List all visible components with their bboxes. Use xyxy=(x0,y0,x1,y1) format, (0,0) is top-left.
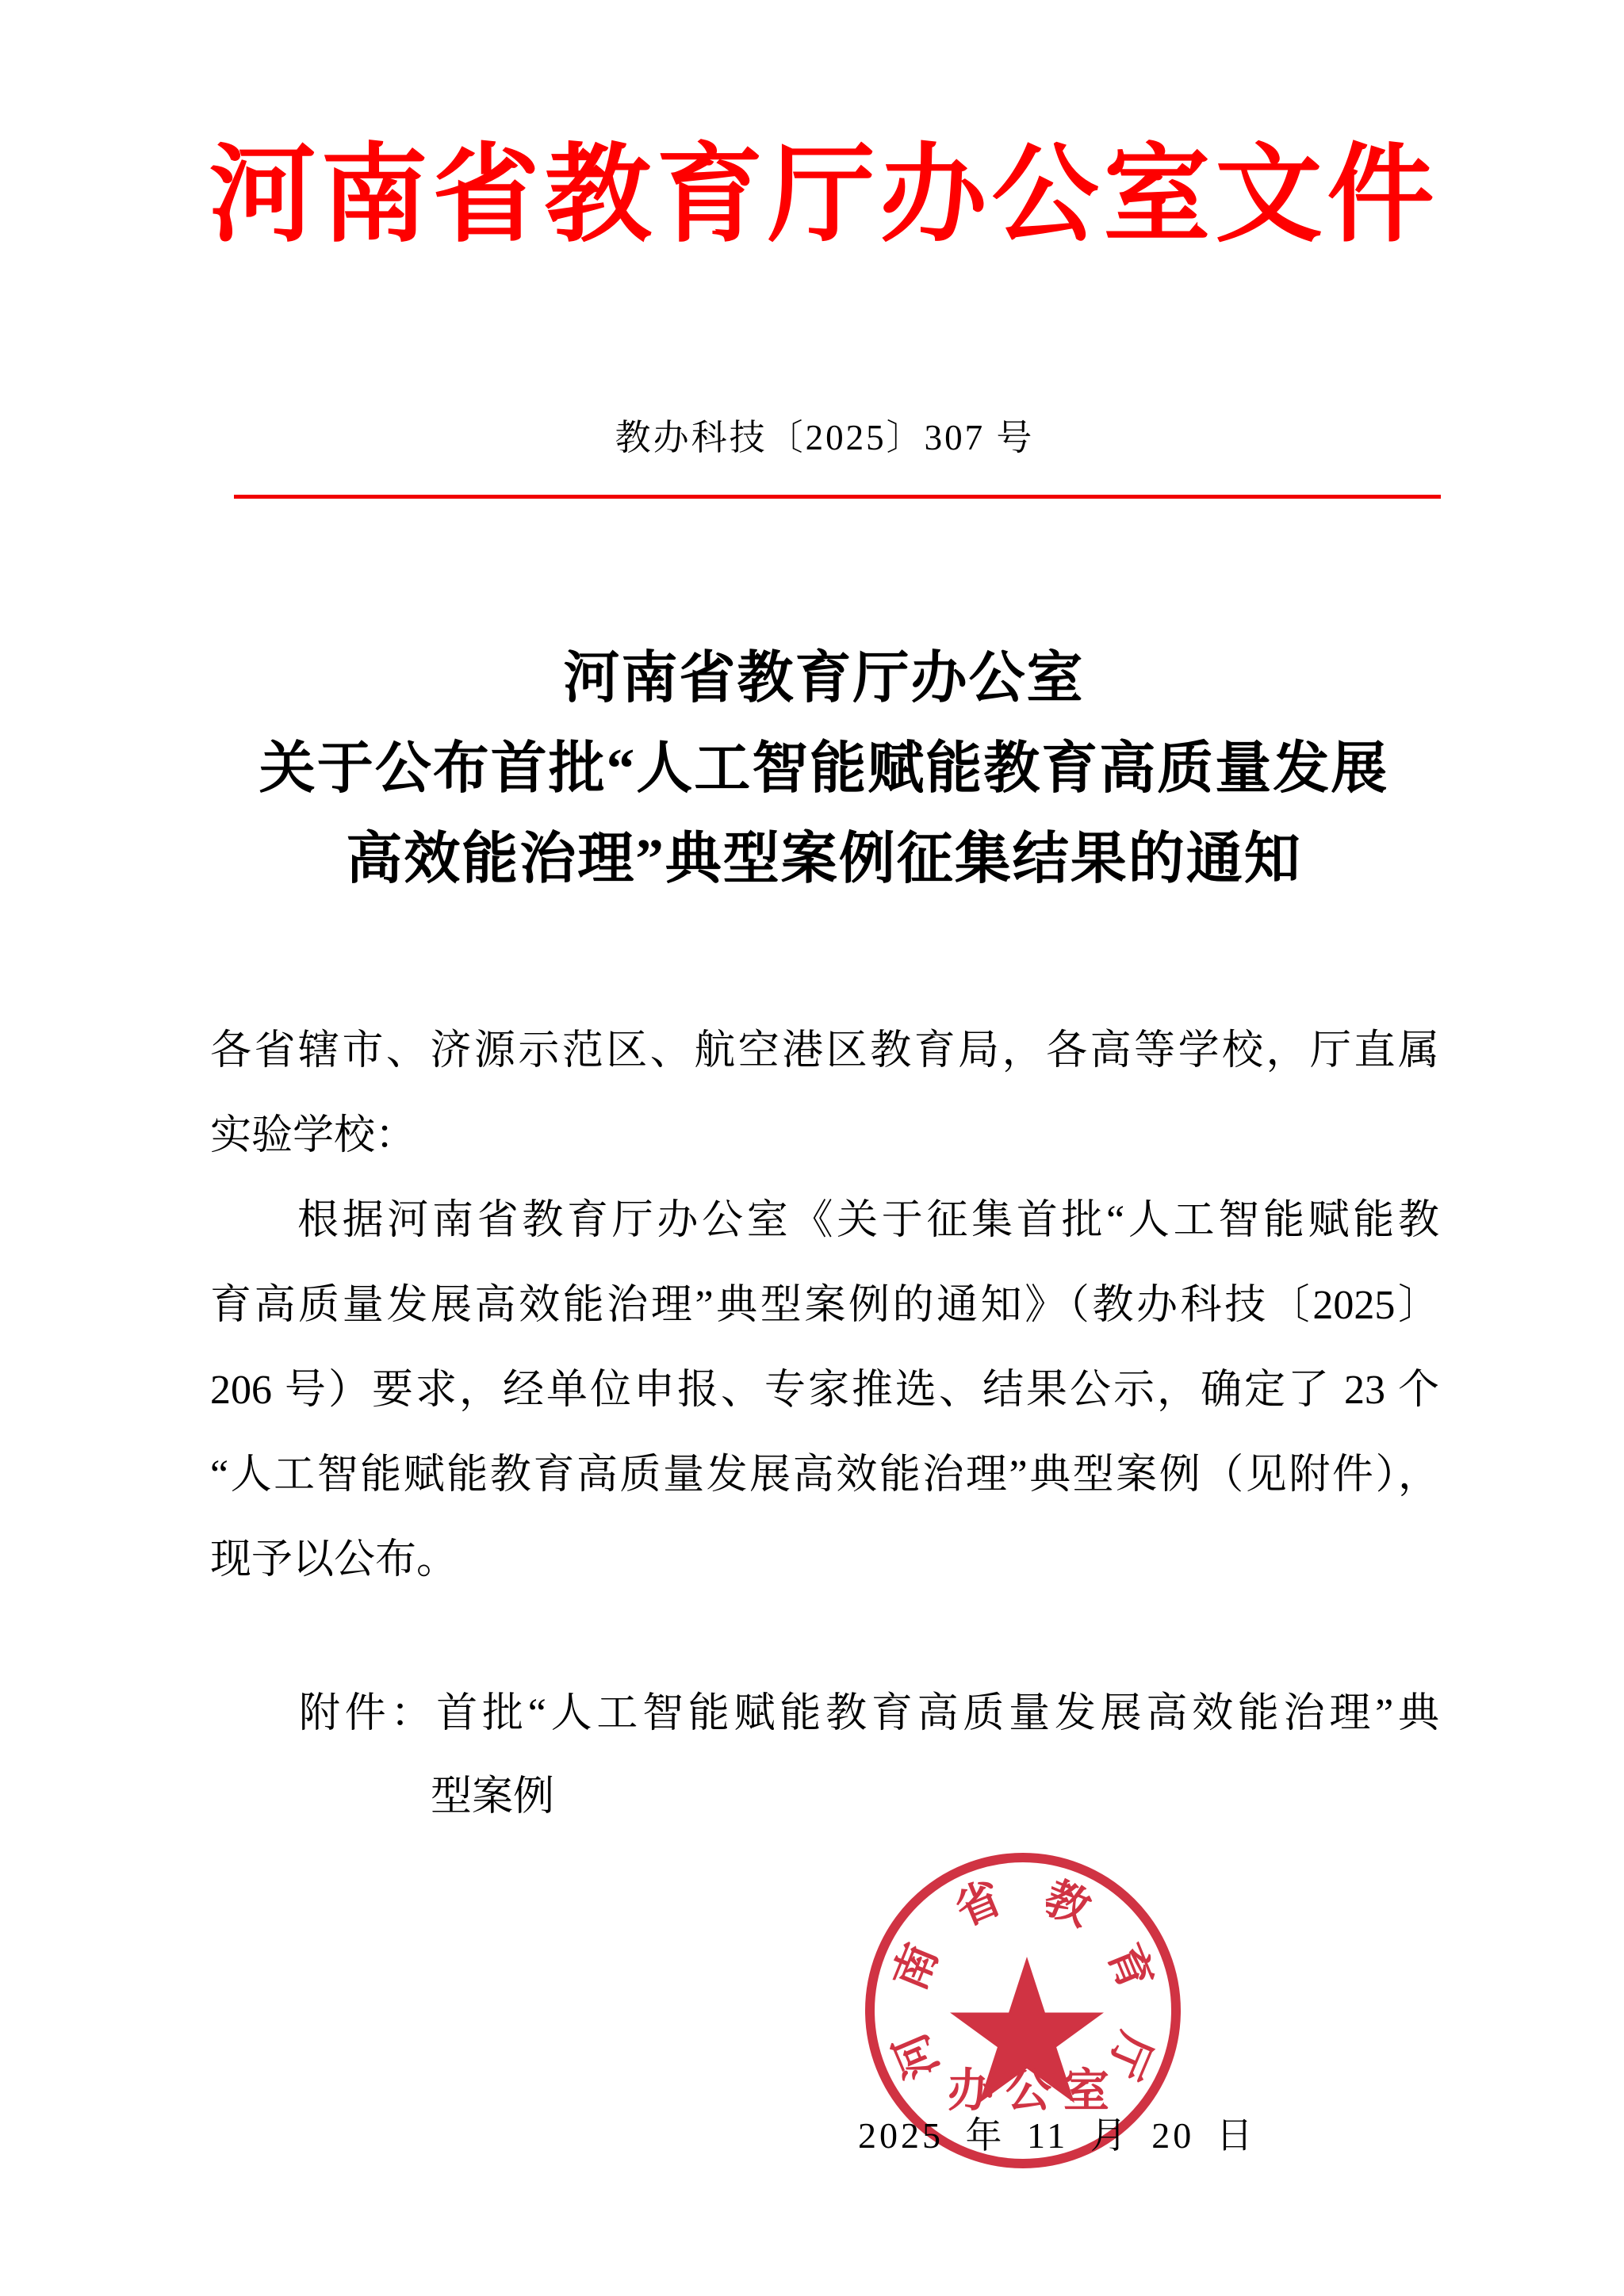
svg-text:办: 办 xyxy=(948,2065,995,2117)
svg-text:室: 室 xyxy=(1063,2065,1109,2117)
document-header-title: 河南省教育厅办公室文件 xyxy=(182,133,1466,260)
body-line: 各省辖市、济源示范区、航空港区教育局，各高等学校，厅直属 xyxy=(210,1008,1439,1093)
notice-title-line: 高效能治理”典型案例征集结果的通知 xyxy=(182,814,1466,905)
body-line: 现予以公布。 xyxy=(210,1517,1439,1602)
attachment-note: 附件：首批“人工智能赋能教育高质量发展高效能治理”典 型案例 xyxy=(210,1672,1439,1839)
notice-title-line: 关于公布首批“人工智能赋能教育高质量发展 xyxy=(182,724,1466,814)
body-line: “人工智能赋能教育高质量发展高效能治理”典型案例（见附件）， xyxy=(210,1433,1439,1517)
document-number: 教办科技〔2025〕307 号 xyxy=(210,414,1439,461)
notice-title: 河南省教育厅办公室 关于公布首批“人工智能赋能教育高质量发展 高效能治理”典型案… xyxy=(182,633,1466,905)
body-line: 206 号）要求，经单位申报、专家推选、结果公示，确定了 23 个 xyxy=(210,1348,1439,1433)
body-line: 根据河南省教育厅办公室《关于征集首批“人工智能赋能教 xyxy=(210,1178,1439,1263)
svg-text:公: 公 xyxy=(1005,2065,1051,2117)
attachment-line: 附件：首批“人工智能赋能教育高质量发展高效能治理”典 xyxy=(210,1672,1439,1755)
svg-text:河: 河 xyxy=(886,2026,948,2086)
svg-text:教: 教 xyxy=(1037,1873,1097,1936)
red-divider-rule xyxy=(234,495,1441,499)
issue-date: 2025 年 11 月 20 日 xyxy=(858,2112,1256,2160)
notice-title-line: 河南省教育厅办公室 xyxy=(182,633,1466,724)
official-document-page: 河南省教育厅办公室文件 教办科技〔2025〕307 号 河南省教育厅办公室 关于… xyxy=(0,0,1624,2296)
svg-text:南: 南 xyxy=(885,1938,948,1997)
seal-bottom-text: 办公室 xyxy=(948,2065,1109,2117)
notice-body: 各省辖市、济源示范区、航空港区教育局，各高等学校，厅直属 实验学校： 根据河南省… xyxy=(210,1008,1439,1602)
svg-text:省: 省 xyxy=(949,1873,1009,1936)
body-line: 育高质量发展高效能治理”典型案例的通知》（教办科技〔2025〕 xyxy=(210,1263,1439,1348)
attachment-line: 型案例 xyxy=(210,1755,1439,1839)
svg-text:育: 育 xyxy=(1098,1938,1161,1997)
body-line: 实验学校： xyxy=(210,1093,1439,1178)
